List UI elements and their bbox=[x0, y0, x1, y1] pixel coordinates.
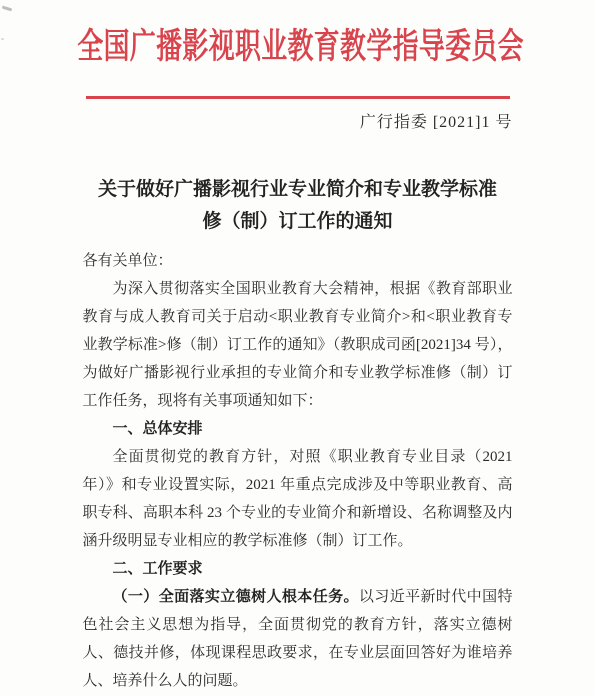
paragraph-overall-arrangement: 全面贯彻党的教育方针，对照《职业教育专业目录（2021 年）》和专业设置实际，2… bbox=[83, 443, 513, 555]
document-content: 广行指委 [2021]1 号 关于做好广播影视行业专业简介和专业教学标准 修（制… bbox=[83, 112, 513, 695]
scan-artifact bbox=[1, 38, 4, 40]
paragraph-intro: 为深入贯彻落实全国职业教育大会精神，根据《教育部职业教育与成人教育司关于启动<职… bbox=[83, 275, 513, 415]
notice-title-line2: 修（制）订工作的通知 bbox=[83, 206, 513, 238]
red-separator-line bbox=[86, 96, 510, 99]
issuing-org-title: 全国广播影视职业教育教学指导委员会 bbox=[77, 0, 517, 70]
document-page: 全国广播影视职业教育教学指导委员会 广行指委 [2021]1 号 关于做好广播影… bbox=[0, 0, 595, 696]
paragraph-work-requirements: （一）全面落实立德树人根本任务。以习近平新时代中国特色社会主义思想为指导，全面贯… bbox=[83, 583, 513, 695]
paragraph-lead-bold: （一）全面落实立德树人根本任务。 bbox=[113, 588, 359, 605]
notice-title-line1: 关于做好广播影视行业专业简介和专业教学标准 bbox=[83, 174, 513, 206]
salutation: 各有关单位： bbox=[83, 247, 513, 275]
scan-artifact bbox=[2, 6, 12, 12]
notice-body: 各有关单位： 为深入贯彻落实全国职业教育大会精神，根据《教育部职业教育与成人教育… bbox=[83, 247, 513, 695]
section-heading-work-requirements: 二、工作要求 bbox=[83, 555, 513, 583]
notice-title: 关于做好广播影视行业专业简介和专业教学标准 修（制）订工作的通知 bbox=[83, 174, 513, 238]
section-heading-overall-arrangement: 一、总体安排 bbox=[83, 415, 513, 443]
document-number: 广行指委 [2021]1 号 bbox=[83, 112, 513, 134]
